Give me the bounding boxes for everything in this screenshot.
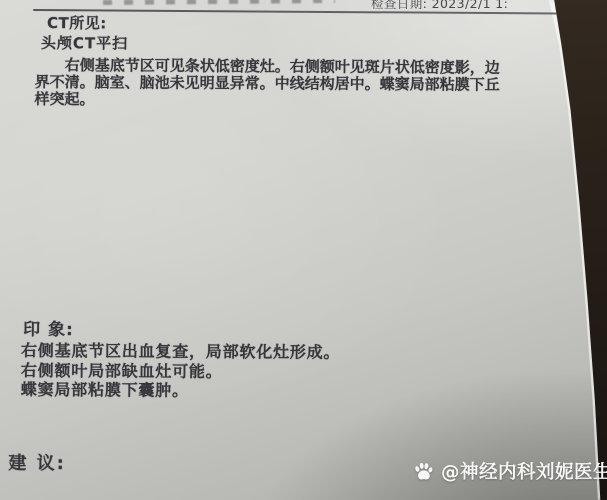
impression-line: 右侧基底节区出血复查，局部软化灶形成。	[21, 341, 340, 362]
impression-lines: 右侧基底节区出血复查，局部软化灶形成。 右侧额叶局部缺血灶可能。 蝶窦局部粘膜下…	[21, 341, 341, 401]
watermark: @神经内科刘妮医生	[413, 458, 607, 484]
watermark-text: @神经内科刘妮医生	[441, 458, 607, 484]
findings-paragraph: 右侧基底节区可见条状低密度灶。右侧额叶见斑片状低密度影，边界不清。脑室、脑池未见…	[35, 57, 509, 111]
paw-icon	[413, 461, 434, 482]
scan-type-line: 头颅CT平扫	[41, 32, 128, 54]
impression-label: 印 象:	[23, 315, 74, 340]
impression-line: 蝶窦局部粘膜下囊肿。	[21, 380, 340, 401]
report-photo: 检查日期: 2023/2/1 1: CT所见: 头颅CT平扫 右侧基底节区可见条…	[0, 0, 607, 500]
impression-line: 右侧额叶局部缺血灶可能。	[21, 360, 340, 381]
ct-findings-label: CT所见:	[47, 12, 107, 33]
suggestion-label: 建 议:	[8, 449, 66, 475]
report-body: CT所见: 头颅CT平扫 右侧基底节区可见条状低密度灶。右侧额叶见斑片状低密度影…	[0, 0, 607, 500]
